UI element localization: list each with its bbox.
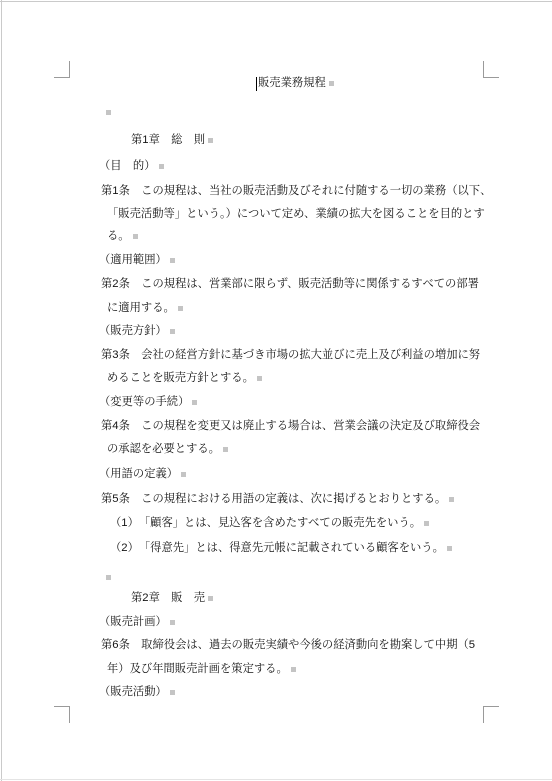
- document-page[interactable]: 販売業務規程第1章 総 則（目 的）第1条 この規程は、当社の販売活動及びそれに…: [0, 0, 552, 781]
- body-line[interactable]: めることを販売方針とする。: [107, 372, 262, 385]
- line-text: めることを販売方針とする。: [107, 372, 254, 384]
- line-text: （変更等の手続）: [99, 396, 189, 408]
- paragraph-mark-icon: [208, 138, 213, 143]
- line-text: 第1章 総 則: [131, 134, 205, 146]
- line-text: 年）及び年間販売計画を策定する。: [107, 663, 288, 675]
- line-text: 第2章 販 売: [131, 592, 205, 604]
- line-text: 第5条 この規程における用語の定義は、次に掲げるとおりとする。: [101, 493, 446, 505]
- line-text: る。: [107, 230, 130, 242]
- paragraph-mark-icon: [208, 596, 213, 601]
- document-title[interactable]: 販売業務規程: [258, 77, 334, 90]
- body-line[interactable]: 年）及び年間販売計画を策定する。: [107, 663, 296, 676]
- line-text: （販売方針）: [99, 325, 167, 337]
- paragraph-mark-icon: [178, 306, 183, 311]
- line-text: （販売計画）: [99, 616, 167, 628]
- article-caption[interactable]: （販売方針）: [99, 325, 175, 338]
- body-line[interactable]: 「販売活動等」という。）について定め、業績の拡大を図ることを目的とす: [107, 208, 485, 221]
- chapter-heading[interactable]: 第1章 総 則: [131, 134, 213, 147]
- line-text: 第4条 この規程を変更又は廃止する場合は、営業会議の決定及び取締役会: [101, 420, 480, 432]
- line-text: （用語の定義）: [99, 468, 178, 480]
- text-area[interactable]: 販売業務規程第1章 総 則（目 的）第1条 この規程は、当社の販売活動及びそれに…: [0, 0, 552, 781]
- article-caption[interactable]: （用語の定義）: [99, 468, 186, 481]
- paragraph-mark-icon: [133, 234, 138, 239]
- article-caption[interactable]: （販売計画）: [99, 616, 175, 629]
- paragraph-mark-icon: [329, 81, 334, 86]
- article-caption[interactable]: （適用範囲）: [99, 254, 175, 267]
- paragraph-mark-icon: [159, 164, 164, 169]
- line-text: 販売業務規程: [258, 77, 326, 89]
- paragraph-mark-icon: [257, 376, 262, 381]
- line-text: （販売活動）: [99, 686, 167, 698]
- paragraph-mark-icon: [192, 400, 197, 405]
- body-line[interactable]: る。: [107, 230, 138, 243]
- list-item[interactable]: （2） 「得意先」とは、得意先元帳に記載されている顧客をいう。: [110, 542, 452, 555]
- line-text: 第6条 取締役会は、過去の販売実績や今後の経済動向を勘案して中期（5: [101, 639, 475, 651]
- paragraph-mark-icon: [181, 472, 186, 477]
- empty-paragraph[interactable]: [103, 571, 111, 584]
- empty-paragraph[interactable]: [103, 106, 111, 119]
- paragraph-mark-icon: [424, 521, 429, 526]
- line-text: 第3条 会社の経営方針に基づき市場の拡大並びに売上及び利益の増加に努: [101, 349, 480, 361]
- paragraph-mark-icon: [449, 497, 454, 502]
- line-text: （適用範囲）: [99, 254, 167, 266]
- paragraph-mark-icon: [170, 258, 175, 263]
- paragraph-mark-icon: [447, 546, 452, 551]
- line-text: （1） 「顧客」とは、見込客を含めたすべての販売先をいう。: [110, 517, 421, 529]
- body-line[interactable]: 第6条 取締役会は、過去の販売実績や今後の経済動向を勘案して中期（5: [101, 639, 475, 652]
- line-text: に適用する。: [107, 302, 175, 314]
- line-text: （2） 「得意先」とは、得意先元帳に記載されている顧客をいう。: [110, 542, 444, 554]
- line-text: 第2条 この規程は、営業部に限らず、販売活動等に関係するすべての部署: [101, 278, 479, 290]
- paragraph-mark-icon: [106, 575, 111, 580]
- paragraph-mark-icon: [170, 690, 175, 695]
- line-text: 第1条 この規程は、当社の販売活動及びそれに付随する一切の業務（以下、: [101, 185, 491, 197]
- body-line[interactable]: 第5条 この規程における用語の定義は、次に掲げるとおりとする。: [101, 493, 454, 506]
- line-text: の承認を必要とする。: [107, 443, 220, 455]
- paragraph-mark-icon: [291, 667, 296, 672]
- body-line[interactable]: 第4条 この規程を変更又は廃止する場合は、営業会議の決定及び取締役会: [101, 420, 480, 433]
- article-caption[interactable]: （変更等の手続）: [99, 396, 197, 409]
- paragraph-mark-icon: [223, 447, 228, 452]
- body-line[interactable]: の承認を必要とする。: [107, 443, 228, 456]
- list-item[interactable]: （1） 「顧客」とは、見込客を含めたすべての販売先をいう。: [110, 517, 429, 530]
- article-caption[interactable]: （販売活動）: [99, 686, 175, 699]
- body-line[interactable]: 第2条 この規程は、営業部に限らず、販売活動等に関係するすべての部署: [101, 278, 479, 291]
- body-line[interactable]: 第3条 会社の経営方針に基づき市場の拡大並びに売上及び利益の増加に努: [101, 349, 480, 362]
- line-text: （目 的）: [99, 160, 156, 172]
- paragraph-mark-icon: [170, 620, 175, 625]
- article-caption[interactable]: （目 的）: [99, 160, 164, 173]
- paragraph-mark-icon: [106, 110, 111, 115]
- chapter-heading[interactable]: 第2章 販 売: [131, 592, 213, 605]
- body-line[interactable]: 第1条 この規程は、当社の販売活動及びそれに付随する一切の業務（以下、: [101, 185, 491, 198]
- text-cursor: [256, 77, 257, 91]
- line-text: 「販売活動等」という。）について定め、業績の拡大を図ることを目的とす: [107, 208, 485, 220]
- body-line[interactable]: に適用する。: [107, 302, 183, 315]
- paragraph-mark-icon: [170, 329, 175, 334]
